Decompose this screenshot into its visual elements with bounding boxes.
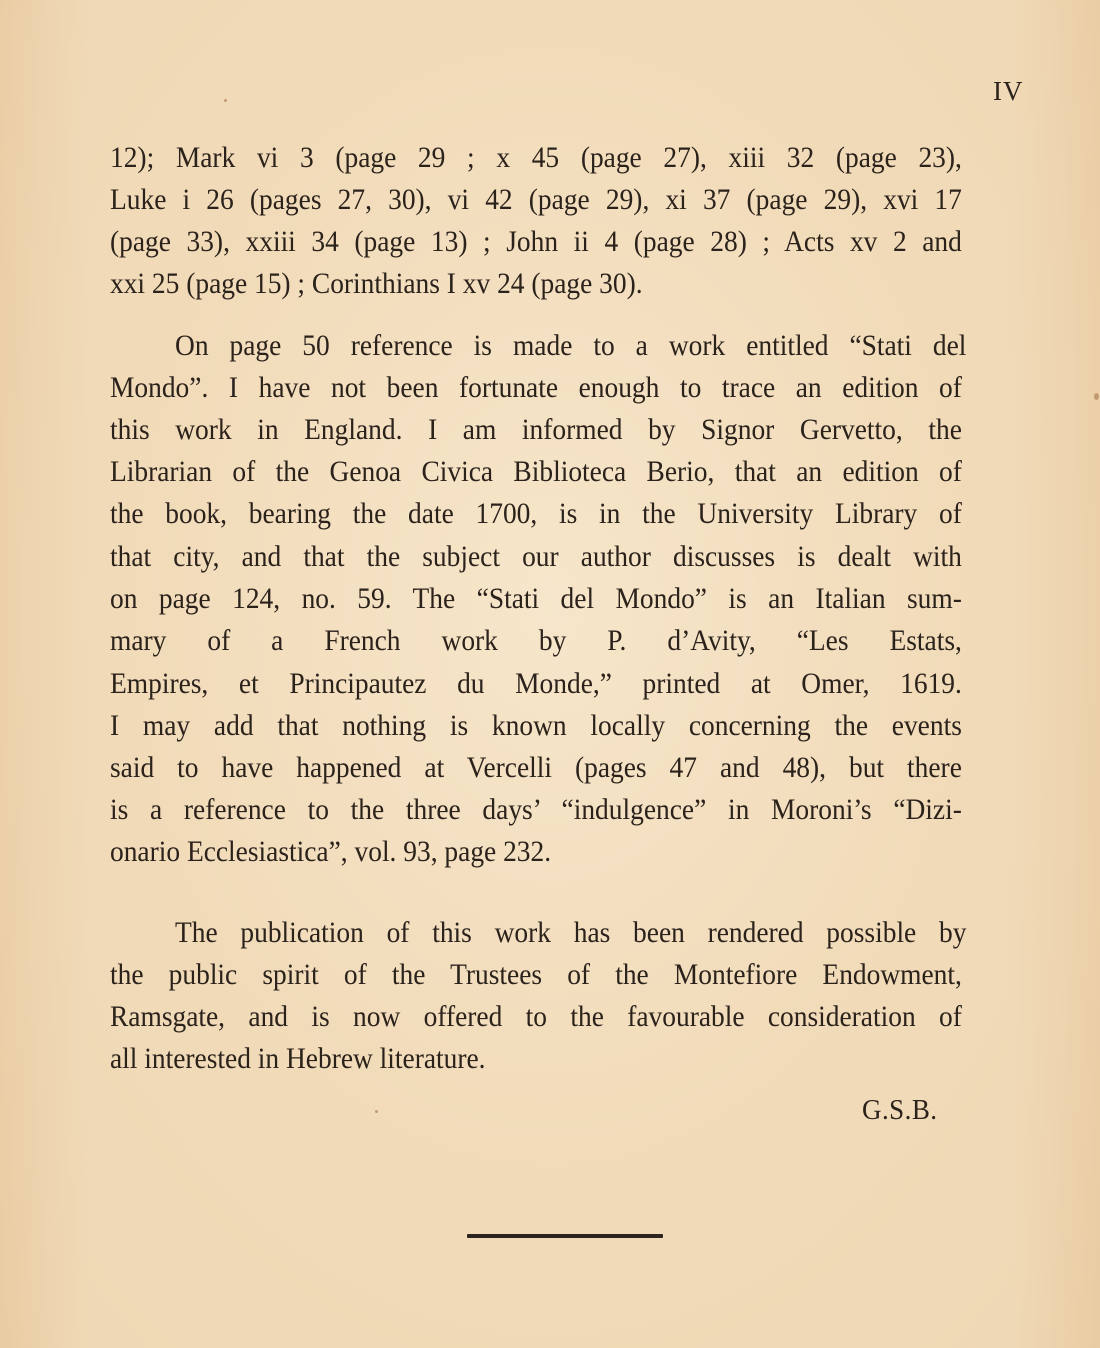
text-line: 12); Mark vi 3 (page 29 ; x 45 (page 27)… [110, 138, 962, 178]
text-line: all interested in Hebrew literature. [110, 1039, 962, 1079]
text-line: Empires, et Principautez du Monde,” prin… [110, 664, 962, 704]
book-page: IV 12); Mark vi 3 (page 29 ; x 45 (page … [0, 0, 1100, 1348]
closing-rule-divider [467, 1234, 663, 1238]
text-line: Librarian of the Genoa Civica Biblioteca… [110, 452, 962, 492]
text-line: Mondo”. I have not been fortunate enough… [110, 368, 962, 408]
text-line: On page 50 reference is made to a work e… [175, 326, 966, 366]
text-line: Luke i 26 (pages 27, 30), vi 42 (page 29… [110, 180, 962, 220]
paper-speck [375, 1110, 378, 1113]
text-line: the book, bearing the date 1700, is in t… [110, 494, 962, 534]
paper-speck [1094, 393, 1099, 400]
text-line: xxi 25 (page 15) ; Corinthians I xv 24 (… [110, 264, 962, 304]
text-line: that city, and that the subject our auth… [110, 537, 962, 577]
paper-speck [224, 99, 227, 102]
text-line: mary of a French work by P. d’Avity, “Le… [110, 621, 962, 661]
text-line: The publication of this work has been re… [175, 913, 966, 953]
text-line: onario Ecclesiastica”, vol. 93, page 232… [110, 832, 962, 872]
text-line: on page 124, no. 59. The “Stati del Mond… [110, 579, 962, 619]
text-line: said to have happened at Vercelli (pages… [110, 748, 962, 788]
text-line: this work in England. I am informed by S… [110, 410, 962, 450]
page-number: IV [993, 76, 1024, 107]
text-line: is a reference to the three days’ “indul… [110, 790, 962, 830]
text-line: the public spirit of the Trustees of the… [110, 955, 962, 995]
text-line: (page 33), xxiii 34 (page 13) ; John ii … [110, 222, 962, 262]
text-line: I may add that nothing is known locally … [110, 706, 962, 746]
text-line: Ramsgate, and is now offered to the favo… [110, 997, 962, 1037]
author-initials: G.S.B. [862, 1094, 937, 1127]
